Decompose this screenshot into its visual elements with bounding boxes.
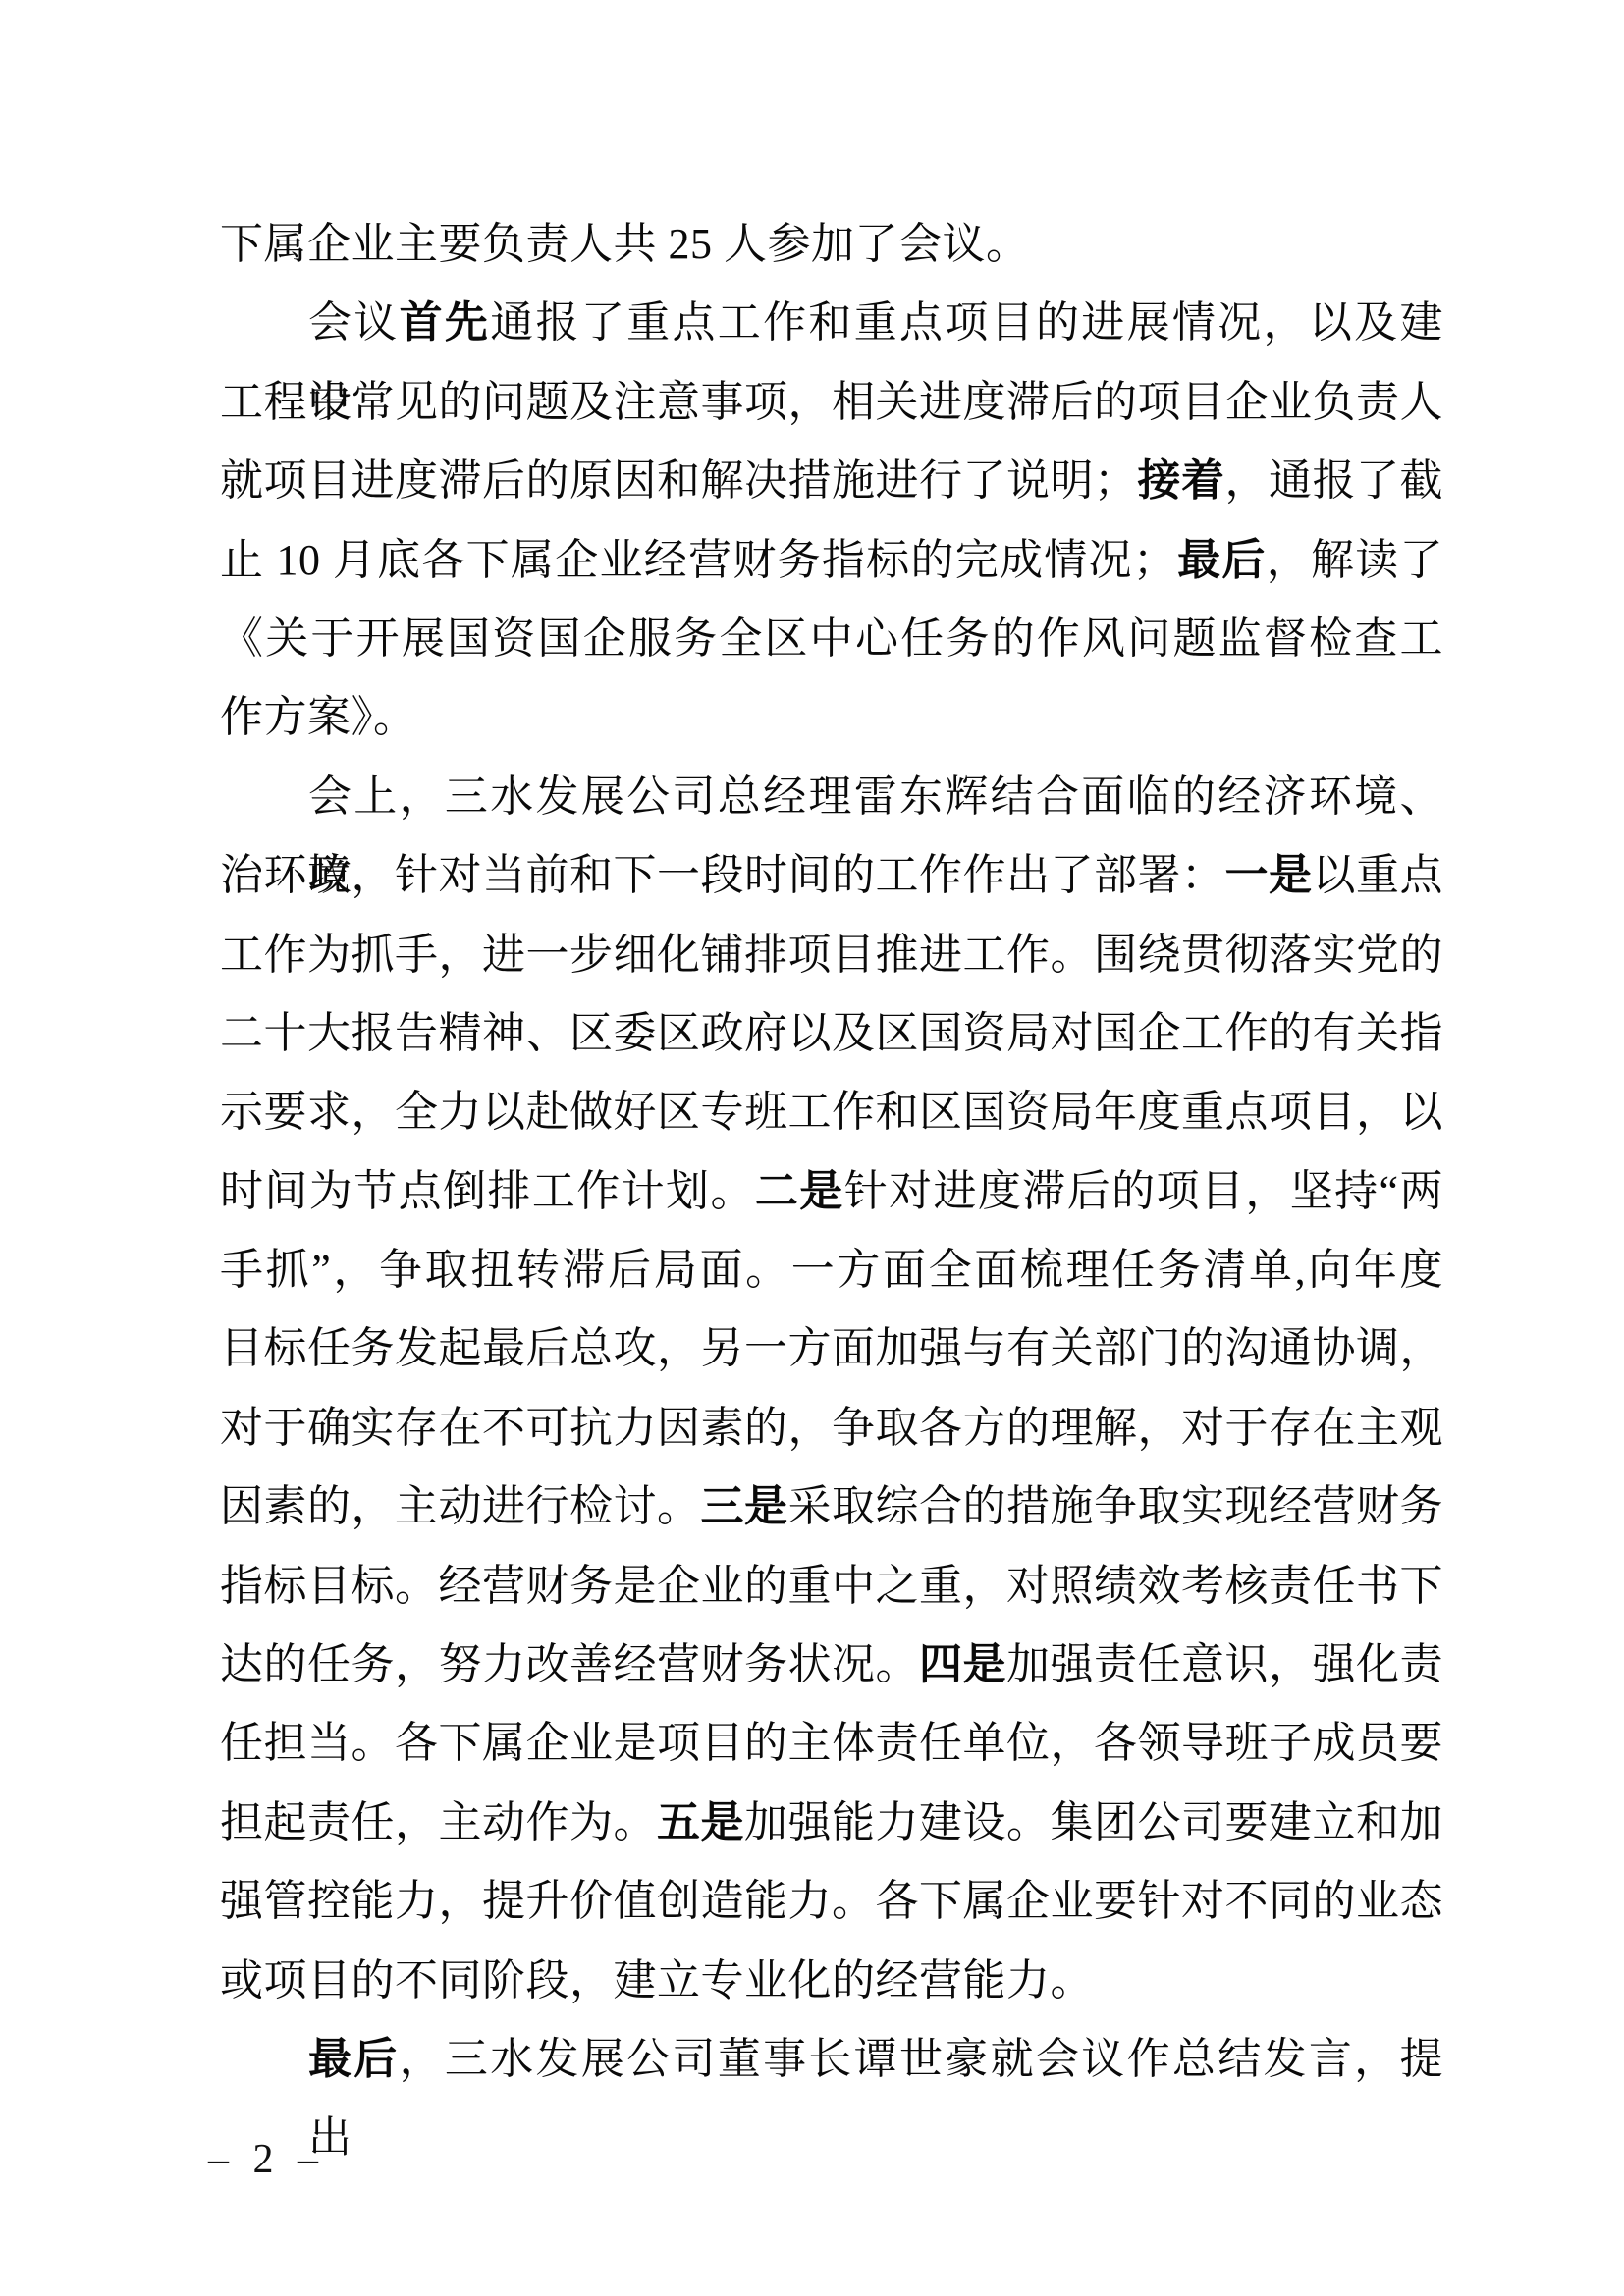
text-run: 加强能力建设。集团公司要建立和加: [744, 1798, 1443, 1846]
text-run: 采取综合的措施争取实现经营财务: [788, 1482, 1444, 1530]
text-line: 工程中常见的问题及注意事项，相关进度滞后的项目企业负责人: [220, 363, 1443, 442]
bold-emphasis: 接着: [1138, 456, 1225, 505]
text-run: 止 10 月底各下属企业经营财务指标的完成情况；: [220, 536, 1176, 584]
bold-emphasis: 最后: [308, 2035, 400, 2083]
text-line: 就项目进度滞后的原因和解决措施进行了说明；接着，通报了截: [220, 442, 1443, 520]
text-line: 或项目的不同阶段，建立专业化的经营能力。: [220, 1942, 1443, 2020]
text-run: 担起责任，主动作为。: [220, 1798, 657, 1846]
text-line: 对于确实存在不可抗力因素的，争取各方的理解，对于存在主观: [220, 1389, 1443, 1468]
text-run: ，三水发展公司董事长谭世豪就会议作总结发言，提出: [308, 2035, 1443, 2162]
text-line: 示要求，全力以赴做好区专班工作和区国资局年度重点项目，以: [220, 1073, 1443, 1151]
text-run: 二十大报告精神、区委区政府以及区国资局对国企工作的有关指: [220, 1009, 1443, 1057]
text-line: 治环境，针对当前和下一段时间的工作作出了部署：一是以重点: [220, 836, 1443, 915]
text-line: 时间为节点倒排工作计划。二是针对进度滞后的项目，坚持“两: [220, 1152, 1443, 1231]
text-line: 指标目标。经营财务是企业的重中之重，对照绩效考核责任书下: [220, 1547, 1443, 1626]
text-run: ，解读了: [1267, 536, 1443, 584]
text-line: 担起责任，主动作为。五是加强能力建设。集团公司要建立和加: [220, 1784, 1443, 1862]
text-line: 最后，三水发展公司董事长谭世豪就会议作总结发言，提出: [220, 2020, 1443, 2099]
document-body: 下属企业主要负责人共 25 人参加了会议。会议首先通报了重点工作和重点项目的进展…: [220, 205, 1443, 2099]
text-run: 工程中常见的问题及注意事项，相关进度滞后的项目企业负责人: [220, 378, 1443, 426]
text-run: 工作为抓手，进一步细化铺排项目推进工作。围绕贯彻落实党的: [220, 931, 1443, 979]
text-run: 手抓”，争取扭转滞后局面。一方面全面梳理任务清单,向年度: [220, 1246, 1443, 1294]
bold-emphasis: 最后: [1176, 536, 1266, 584]
text-run: 指标目标。经营财务是企业的重中之重，对照绩效考核责任书下: [220, 1562, 1443, 1610]
bold-emphasis: 三是: [701, 1482, 788, 1530]
text-run: ，通报了截: [1225, 456, 1444, 505]
text-line: 因素的，主动进行检讨。三是采取综合的措施争取实现经营财务: [220, 1468, 1443, 1546]
text-run: 以重点: [1313, 851, 1444, 899]
bold-emphasis: 一是: [1225, 851, 1313, 899]
page-number: – 2 –: [208, 2132, 318, 2187]
text-line: 手抓”，争取扭转滞后局面。一方面全面梳理任务清单,向年度: [220, 1231, 1443, 1309]
bold-emphasis: 四是: [919, 1640, 1006, 1688]
text-run: 下属企业主要负责人共 25 人参加了会议。: [220, 220, 1030, 268]
text-line: 止 10 月底各下属企业经营财务指标的完成情况；最后，解读了: [220, 521, 1443, 600]
text-line: 《关于开展国资国企服务全区中心任务的作风问题监督检查工: [220, 600, 1443, 678]
text-run: 达的任务，努力改善经营财务状况。: [220, 1640, 919, 1688]
text-line: 下属企业主要负责人共 25 人参加了会议。: [220, 205, 1443, 284]
text-line: 达的任务，努力改善经营财务状况。四是加强责任意识，强化责: [220, 1626, 1443, 1704]
document-page: 下属企业主要负责人共 25 人参加了会议。会议首先通报了重点工作和重点项目的进展…: [0, 0, 1624, 2296]
text-run: 目标任务发起最后总攻，另一方面加强与有关部门的沟通协调，: [220, 1324, 1443, 1372]
text-run: 会议: [308, 298, 400, 347]
text-run: 治环境，针对当前和下一段时间的工作作出了部署：: [220, 851, 1225, 899]
text-run: 作方案》。: [220, 693, 417, 741]
text-line: 作方案》。: [220, 678, 1443, 757]
text-line: 强管控能力，提升价值创造能力。各下属企业要针对不同的业态: [220, 1862, 1443, 1941]
text-line: 目标任务发起最后总攻，另一方面加强与有关部门的沟通协调，: [220, 1309, 1443, 1388]
text-line: 工作为抓手，进一步细化铺排项目推进工作。围绕贯彻落实党的: [220, 916, 1443, 994]
bold-emphasis: 二是: [755, 1167, 844, 1215]
text-run: 《关于开展国资国企服务全区中心任务的作风问题监督检查工: [220, 614, 1443, 663]
text-run: 示要求，全力以赴做好区专班工作和区国资局年度重点项目，以: [220, 1088, 1443, 1136]
text-line: 会议首先通报了重点工作和重点项目的进展情况，以及建设: [220, 284, 1443, 362]
bold-emphasis: 五是: [657, 1798, 744, 1846]
text-run: 因素的，主动进行检讨。: [220, 1482, 701, 1530]
text-run: 加强责任意识，强化责: [1006, 1640, 1443, 1688]
text-run: 时间为节点倒排工作计划。: [220, 1167, 755, 1215]
bold-emphasis: 首先: [400, 298, 491, 347]
text-run: 或项目的不同阶段，建立专业化的经营能力。: [220, 1956, 1094, 2004]
text-line: 二十大报告精神、区委区政府以及区国资局对国企工作的有关指: [220, 994, 1443, 1073]
text-run: 强管控能力，提升价值创造能力。各下属企业要针对不同的业态: [220, 1877, 1443, 1925]
text-run: 任担当。各下属企业是项目的主体责任单位，各领导班子成员要: [220, 1719, 1443, 1767]
text-line: 任担当。各下属企业是项目的主体责任单位，各领导班子成员要: [220, 1704, 1443, 1783]
text-run: 对于确实存在不可抗力因素的，争取各方的理解，对于存在主观: [220, 1404, 1443, 1452]
text-run: 针对进度滞后的项目，坚持“两: [844, 1167, 1443, 1215]
text-run: 就项目进度滞后的原因和解决措施进行了说明；: [220, 456, 1138, 505]
text-line: 会上，三水发展公司总经理雷东辉结合面临的经济环境、政: [220, 758, 1443, 836]
